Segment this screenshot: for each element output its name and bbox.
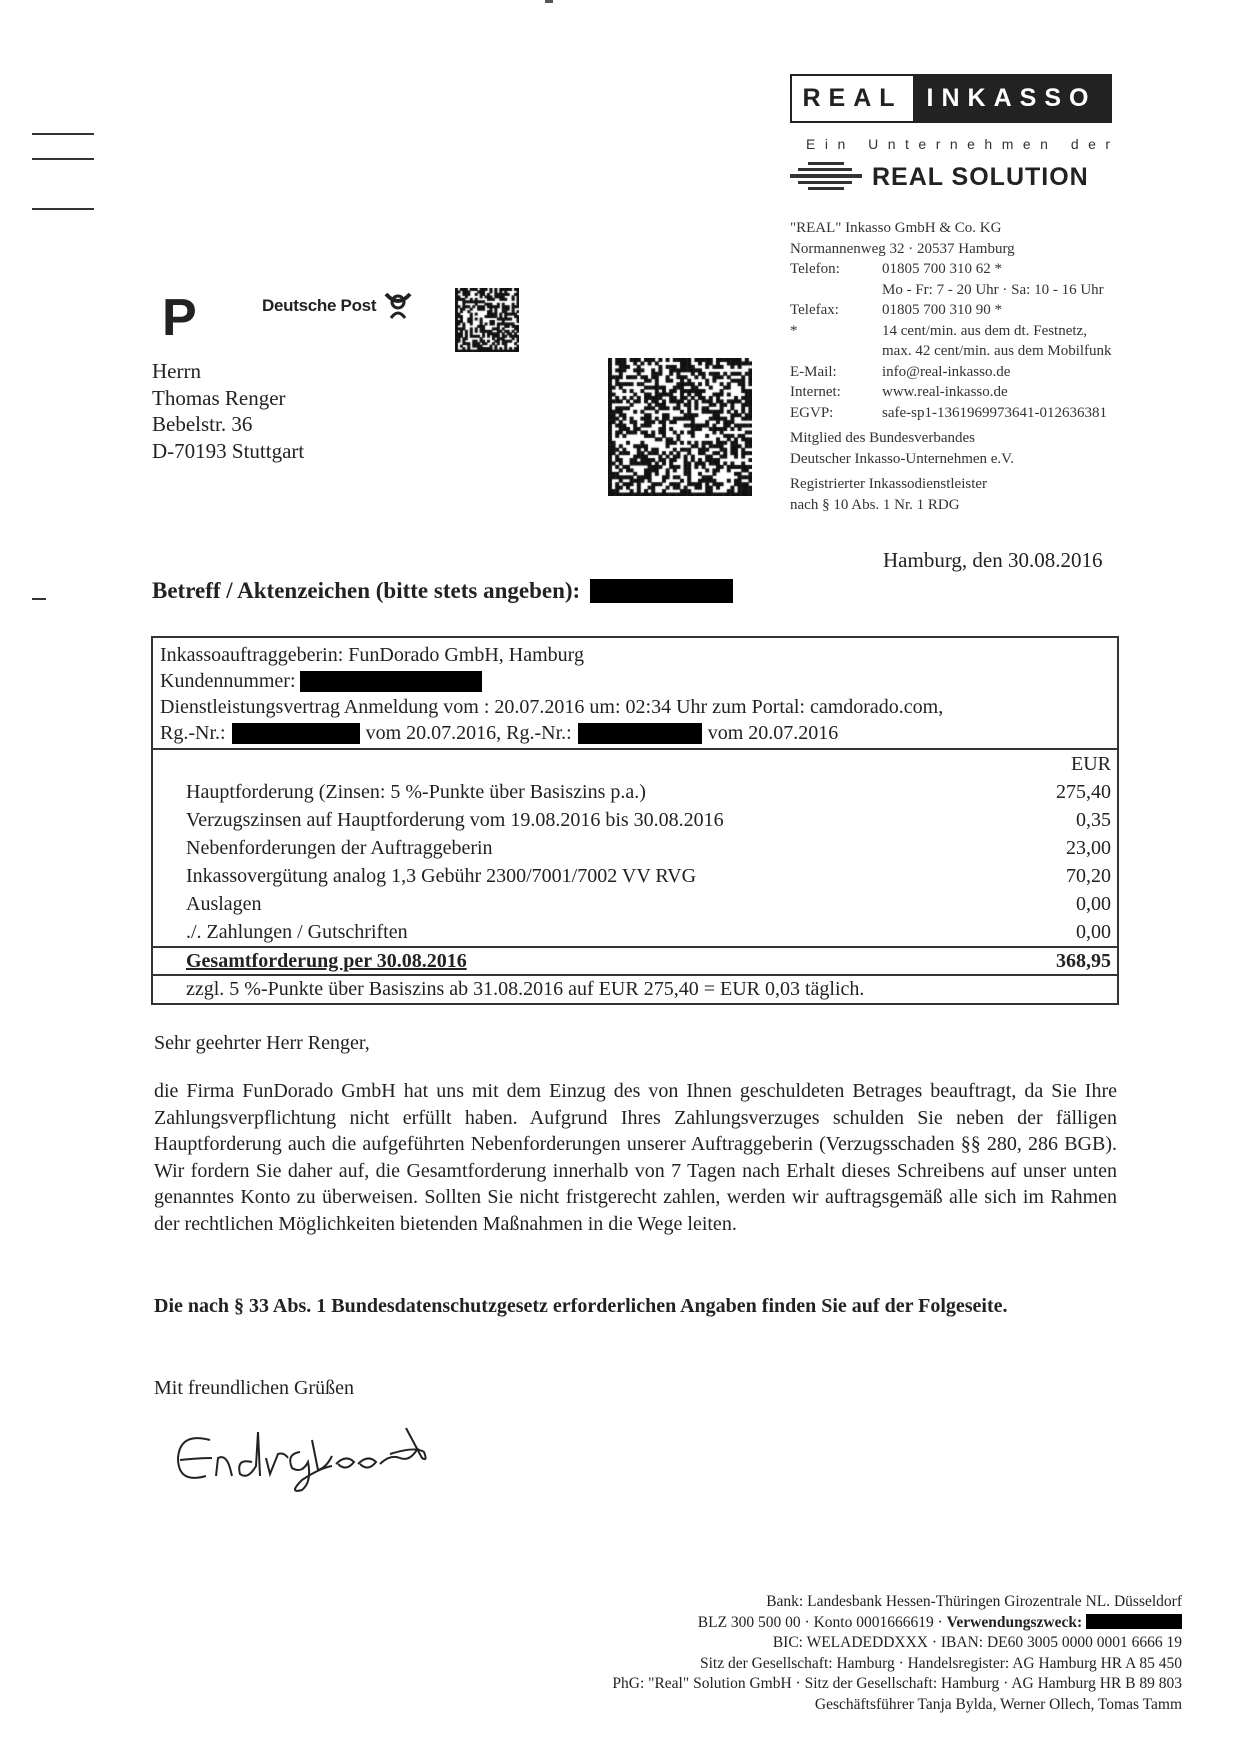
contact-row: Internet:www.real-inkasso.de [790,382,1112,403]
claim-item-row: Hauptforderung (Zinsen: 5 %-Punkte über … [186,778,1111,806]
bank-account-line: BLZ 300 500 00 · Konto 0001666619 · Verw… [612,1613,1182,1634]
postage-mark: P [162,288,197,348]
contact-value[interactable]: www.real-inkasso.de [882,382,1008,403]
contact-label: EGVP: [790,403,882,424]
letter-paragraph: die Firma FunDorado GmbH hat uns mit dem… [154,1078,1117,1237]
redacted-reference [590,579,733,603]
recipient-name: Thomas Renger [152,385,304,412]
total-label: Gesamtforderung per 30.08.2016 [186,948,467,974]
contact-value: 01805 700 310 62 * [882,259,1002,280]
claim-item-row: Inkassovergütung analog 1,3 Gebühr 2300/… [186,862,1111,890]
invoice-label: Rg.-Nr.: [160,720,226,746]
recipient-city: D-70193 Stuttgart [152,438,304,465]
signature [170,1418,470,1498]
claim-items: EUR Hauptforderung (Zinsen: 5 %-Punkte ü… [153,750,1117,946]
punch-mark [32,598,46,600]
real-inkasso-logo: REAL INKASSO [790,74,1112,123]
contact-row: max. 42 cent/min. aus dem Mobilfunk [790,341,1112,362]
deutsche-post-label: Deutsche Post [262,296,376,316]
contact-label: * [790,321,882,342]
invoice-date-1: vom 20.07.2016, Rg.-Nr.: [366,720,572,746]
recipient-street: Bebelstr. 36 [152,411,304,438]
register-line: Sitz der Gesellschaft: Hamburg · Handels… [612,1654,1182,1675]
claim-item-amount: 70,20 [1066,862,1111,890]
registration-line: nach § 10 Abs. 1 Nr. 1 RDG [790,495,1112,516]
bank-footer: Bank: Landesbank Hessen-Thüringen Giroze… [612,1592,1182,1715]
contact-value: max. 42 cent/min. aus dem Mobilfunk [882,341,1112,362]
scan-speck [545,0,553,3]
registration-line: Registrierter Inkassodienstleister [790,474,1112,495]
claim-item-label: Verzugszinsen auf Hauptforderung vom 19.… [186,806,724,834]
contact-row: *14 cent/min. aus dem dt. Festnetz, [790,321,1112,342]
currency-header: EUR [1071,750,1111,778]
redacted-customer-number [300,671,482,692]
contact-value: safe-sp1-1361969973641-012636381 [882,403,1107,424]
contact-value: Mo - Fr: 7 - 20 Uhr · Sa: 10 - 16 Uhr [882,280,1104,301]
interest-note: zzgl. 5 %-Punkte über Basiszins ab 31.08… [153,976,1117,1003]
contact-label [790,341,882,362]
client-line: Inkassoauftraggeberin: FunDorado GmbH, H… [160,642,1109,668]
contract-line: Dienstleistungsvertrag Anmeldung vom : 2… [160,694,1109,720]
contact-label: E-Mail: [790,362,882,383]
claim-item-row: Auslagen0,00 [186,890,1111,918]
invoice-date-2: vom 20.07.2016 [708,720,839,746]
closing: Mit freundlichen Grüßen [154,1375,1117,1402]
contact-value[interactable]: info@real-inkasso.de [882,362,1010,383]
purpose-label: Verwendungszweck: [947,1614,1082,1631]
redacted-invoice-number [232,723,360,744]
letter-date: Hamburg, den 30.08.2016 [883,548,1103,573]
fold-mark [32,208,94,210]
membership-line: Deutscher Inkasso-Unternehmen e.V. [790,449,1112,470]
subject-label: Betreff / Aktenzeichen (bitte stets ange… [152,578,580,604]
claim-item-amount: 275,40 [1056,778,1111,806]
claim-table: Inkassoauftraggeberin: FunDorado GmbH, H… [151,636,1119,1005]
claim-item-label: Hauptforderung (Zinsen: 5 %-Punkte über … [186,778,646,806]
contact-label [790,280,882,301]
contact-label: Telefax: [790,300,882,321]
contact-value: 14 cent/min. aus dem dt. Festnetz, [882,321,1087,342]
contact-label: Telefon: [790,259,882,280]
redacted-purpose [1086,1614,1182,1629]
company-name: "REAL" Inkasso GmbH & Co. KG [790,218,1112,239]
iban-line: BIC: WELADEDDXXX · IBAN: DE60 3005 0000 … [612,1633,1182,1654]
real-solution-text: REAL SOLUTION [872,163,1089,192]
claim-item-label: Auslagen [186,890,262,918]
contact-value: 01805 700 310 90 * [882,300,1002,321]
logo-tagline: Ein Unternehmen der [806,136,1120,152]
claim-header: Inkassoauftraggeberin: FunDorado GmbH, H… [153,638,1117,750]
contact-row: E-Mail:info@real-inkasso.de [790,362,1112,383]
claim-item-label: ./. Zahlungen / Gutschriften [186,918,408,946]
real-solution-stripes-icon [790,160,862,194]
claim-item-amount: 0,00 [1076,918,1111,946]
contact-row: Telefax:01805 700 310 90 * [790,300,1112,321]
redacted-invoice-number [578,723,702,744]
claim-item-amount: 0,00 [1076,890,1111,918]
total-amount: 368,95 [1056,948,1111,974]
fold-mark [32,133,94,135]
logo-real-text: REAL [792,76,913,121]
real-solution-logo: REAL SOLUTION [790,160,1089,194]
contact-row: Mo - Fr: 7 - 20 Uhr · Sa: 10 - 16 Uhr [790,280,1112,301]
salutation: Sehr geehrter Herr Renger, [154,1030,1117,1057]
phg-line: PhG: "Real" Solution GmbH · Sitz der Ges… [612,1674,1182,1695]
post-horn-icon [383,290,413,320]
contact-row: Telefon:01805 700 310 62 * [790,259,1112,280]
data-protection-notice: Die nach § 33 Abs. 1 Bundesdatenschutzge… [154,1293,1117,1320]
address-datamatrix-code [608,358,752,496]
fold-mark [32,158,94,160]
claim-item-row: Verzugszinsen auf Hauptforderung vom 19.… [186,806,1111,834]
postage-datamatrix-code [455,288,519,352]
claim-item-label: Nebenforderungen der Auftraggeberin [186,834,493,862]
membership-line: Mitglied des Bundesverbandes [790,428,1112,449]
claim-item-row: Nebenforderungen der Auftraggeberin23,00 [186,834,1111,862]
subject-line: Betreff / Aktenzeichen (bitte stets ange… [152,578,733,604]
company-contact-block: "REAL" Inkasso GmbH & Co. KG Normannenwe… [790,218,1112,515]
customer-number-label: Kundennummer: [160,668,296,694]
management-line: Geschäftsführer Tanja Bylda, Werner Olle… [612,1695,1182,1716]
company-address: Normannenweg 32 · 20537 Hamburg [790,239,1112,260]
claim-total-row: Gesamtforderung per 30.08.2016 368,95 [153,946,1117,976]
claim-item-amount: 23,00 [1066,834,1111,862]
bank-account: BLZ 300 500 00 · Konto 0001666619 · [698,1614,947,1631]
recipient-address: Herrn Thomas Renger Bebelstr. 36 D-70193… [152,358,304,464]
logo-inkasso-text: INKASSO [913,76,1110,121]
claim-item-label: Inkassovergütung analog 1,3 Gebühr 2300/… [186,862,696,890]
contact-row: EGVP:safe-sp1-1361969973641-012636381 [790,403,1112,424]
contact-label: Internet: [790,382,882,403]
claim-item-amount: 0,35 [1076,806,1111,834]
recipient-salutation: Herrn [152,358,304,385]
claim-item-row: ./. Zahlungen / Gutschriften0,00 [186,918,1111,946]
bank-name: Bank: Landesbank Hessen-Thüringen Giroze… [612,1592,1182,1613]
